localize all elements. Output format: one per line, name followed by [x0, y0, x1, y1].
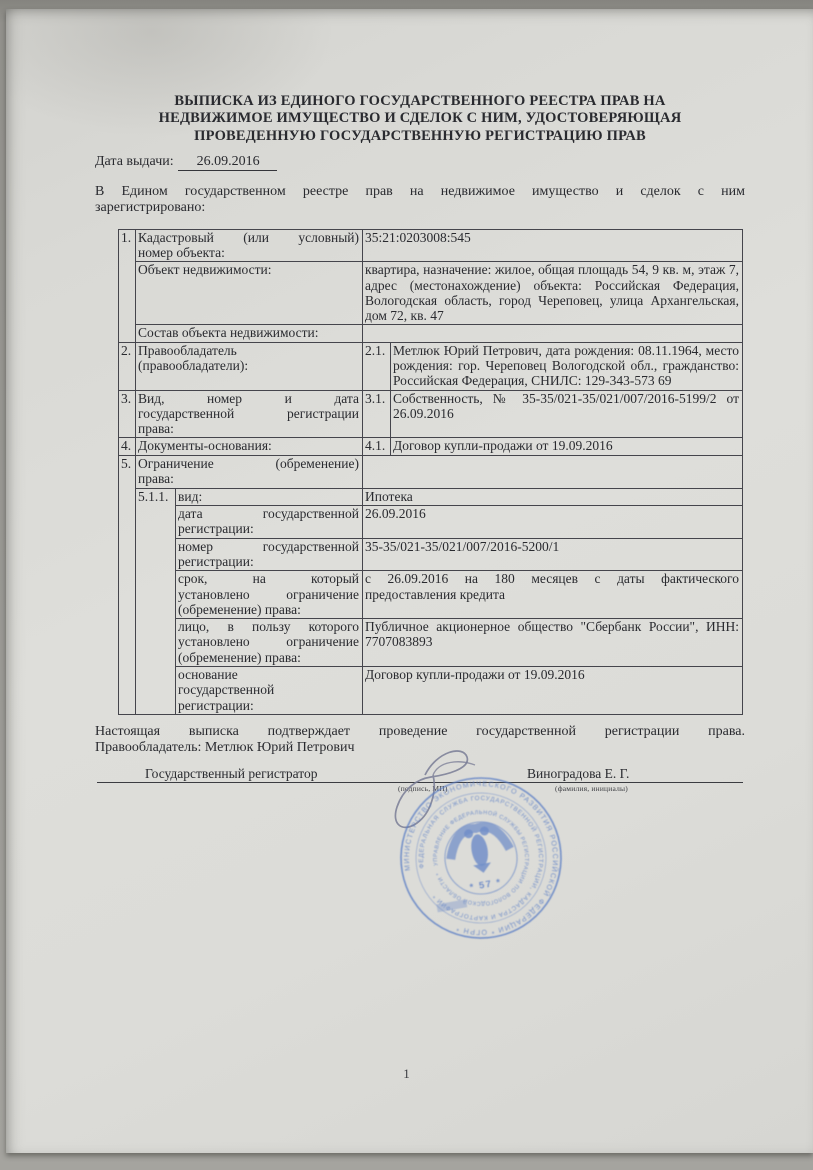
composition-label-cell: Состав объекта недвижимости: — [136, 325, 363, 342]
title-line-2: НЕДВИЖИМОЕ ИМУЩЕСТВО И СДЕЛОК С НИМ, УДО… — [95, 110, 745, 127]
beneficiary-label-cell: лицо, в пользу которого установлено огра… — [176, 619, 363, 667]
registration-label-line1: Вид, номер и дата — [138, 391, 359, 406]
reg-number-value-cell: 35-35/021-35/021/007/2016-5200/1 — [363, 538, 743, 571]
rightholder-label-line1: Правообладатель — [138, 343, 359, 358]
cadastral-label-cell: Кадастровый (или условный) номер объекта… — [136, 229, 363, 262]
restriction-label-cell: Ограничение (обременение) права: — [136, 455, 363, 488]
rightholder-row-number: 2. — [119, 342, 136, 390]
issue-date-value: 26.09.2016 — [178, 154, 277, 171]
signature-row: Государственный регистратор Виноградова … — [95, 763, 745, 797]
stamp-number: * 57 * — [469, 877, 503, 893]
documents-label-cell: Документы-основания: — [136, 438, 363, 455]
kind-value-cell: Ипотека — [363, 488, 743, 505]
basis-label-line2: государственной — [178, 682, 359, 697]
row-documents: 4. Документы-основания: 4.1. Договор куп… — [119, 438, 743, 455]
term-value-cell: с 26.09.2016 на 180 месяцев с даты факти… — [363, 571, 743, 619]
paper-sheet: ВЫПИСКА ИЗ ЕДИНОГО ГОСУДАРСТВЕННОГО РЕЕС… — [6, 9, 813, 1153]
restriction-subnumber: 5.1.1. — [136, 488, 176, 714]
title-line-1: ВЫПИСКА ИЗ ЕДИНОГО ГОСУДАРСТВЕННОГО РЕЕС… — [95, 93, 745, 110]
row-restriction-reg-date: дата государственной регистрации: 26.09.… — [119, 506, 743, 539]
documents-value-cell: Договор купли-продажи от 19.09.2016 — [391, 438, 743, 455]
term-label-cell: срок, на который установлено ограничение… — [176, 571, 363, 619]
registration-subnumber: 3.1. — [363, 390, 391, 438]
intro-paragraph: В Едином государственном реестре прав на… — [95, 184, 745, 216]
registration-label-line3: права: — [138, 421, 359, 436]
row-cadastral-number: 1. Кадастровый (или условный) номер объе… — [119, 229, 743, 262]
name-caption: (фамилия, инициалы) — [555, 784, 628, 793]
row-restriction-reg-number: номер государственной регистрации: 35-35… — [119, 538, 743, 571]
row-restriction-basis: основание государственной регистрации: Д… — [119, 667, 743, 715]
cadastral-label-line1: Кадастровый (или условный) — [138, 230, 359, 245]
documents-subnumber: 4.1. — [363, 438, 391, 455]
row-object-composition: Состав объекта недвижимости: — [119, 325, 743, 342]
cadastral-value-cell: 35:21:0203008:545 — [363, 229, 743, 262]
row-restriction-term: срок, на который установлено ограничение… — [119, 571, 743, 619]
term-label-line2: установлено ограничение — [178, 587, 359, 602]
registrar-label: Государственный регистратор — [145, 766, 318, 782]
document-title: ВЫПИСКА ИЗ ЕДИНОГО ГОСУДАРСТВЕННОГО РЕЕС… — [95, 93, 745, 145]
registration-value-cell: Собственность, № 35-35/021-35/021/007/20… — [391, 390, 743, 438]
cadastral-label-line2: номер объекта: — [138, 245, 359, 260]
reg-date-value-cell: 26.09.2016 — [363, 506, 743, 539]
rightholder-value-cell: Метлюк Юрий Петрович, дата рождения: 08.… — [391, 342, 743, 390]
reg-number-label-cell: номер государственной регистрации: — [176, 538, 363, 571]
kind-label-cell: вид: — [176, 488, 363, 505]
page-number: 1 — [0, 1066, 813, 1082]
document-content: ВЫПИСКА ИЗ ЕДИНОГО ГОСУДАРСТВЕННОГО РЕЕС… — [95, 9, 745, 797]
registration-label-line2: государственной регистрации — [138, 406, 359, 421]
official-round-stamp: МИНИСТЕРСТВО ЭКОНОМИЧЕСКОГО РАЗВИТИЯ РОС… — [381, 759, 580, 958]
issue-date-label: Дата выдачи: — [95, 154, 174, 169]
title-line-3: ПРОВЕДЕННУЮ ГОСУДАРСТВЕННУЮ РЕГИСТРАЦИЮ … — [95, 128, 745, 145]
term-label-line1: срок, на который — [178, 571, 359, 586]
row-registration: 3. Вид, номер и дата государственной рег… — [119, 390, 743, 438]
restriction-label-line1: Ограничение (обременение) — [138, 456, 359, 471]
rightholder-subnumber: 2.1. — [363, 342, 391, 390]
rightholder-label-line2: (правообладатели): — [138, 358, 359, 373]
row-restriction-kind: 5.1.1. вид: Ипотека — [119, 488, 743, 505]
intro-line-1: В Едином государственном реестре прав на… — [95, 184, 745, 200]
composition-value-cell — [363, 325, 743, 342]
basis-value-cell: Договор купли-продажи от 19.09.2016 — [363, 667, 743, 715]
row-rightholder: 2. Правообладатель (правообладатели): 2.… — [119, 342, 743, 390]
restriction-label-line2: права: — [138, 471, 359, 486]
reg-date-label-cell: дата государственной регистрации: — [176, 506, 363, 539]
basis-label-cell: основание государственной регистрации: — [176, 667, 363, 715]
beneficiary-value-cell: Публичное акционерное общество "Сбербанк… — [363, 619, 743, 667]
restriction-row-number: 5. — [119, 455, 136, 714]
intro-line-2: зарегистрировано: — [95, 200, 745, 216]
basis-label-line1: основание — [178, 667, 359, 682]
object-label-cell: Объект недвижимости: — [136, 262, 363, 325]
rightholder-label-cell: Правообладатель (правообладатели): — [136, 342, 363, 390]
basis-label-line3: регистрации: — [178, 698, 359, 713]
registration-label-cell: Вид, номер и дата государственной регист… — [136, 390, 363, 438]
row-restriction-beneficiary: лицо, в пользу которого установлено огра… — [119, 619, 743, 667]
cadastral-row-number: 1. — [119, 229, 136, 342]
documents-row-number: 4. — [119, 438, 136, 455]
term-label-line3: (обременение) права: — [178, 602, 359, 617]
object-value-cell: квартира, назначение: жилое, общая площа… — [363, 262, 743, 325]
scanned-document-photo: ВЫПИСКА ИЗ ЕДИНОГО ГОСУДАРСТВЕННОГО РЕЕС… — [0, 0, 813, 1170]
registry-table: 1. Кадастровый (или условный) номер объе… — [118, 229, 743, 715]
row-property-object: Объект недвижимости: квартира, назначени… — [119, 262, 743, 325]
restriction-value-cell — [363, 455, 743, 488]
registration-row-number: 3. — [119, 390, 136, 438]
issue-date-line: Дата выдачи:26.09.2016 — [95, 154, 745, 170]
row-restriction-header: 5. Ограничение (обременение) права: — [119, 455, 743, 488]
